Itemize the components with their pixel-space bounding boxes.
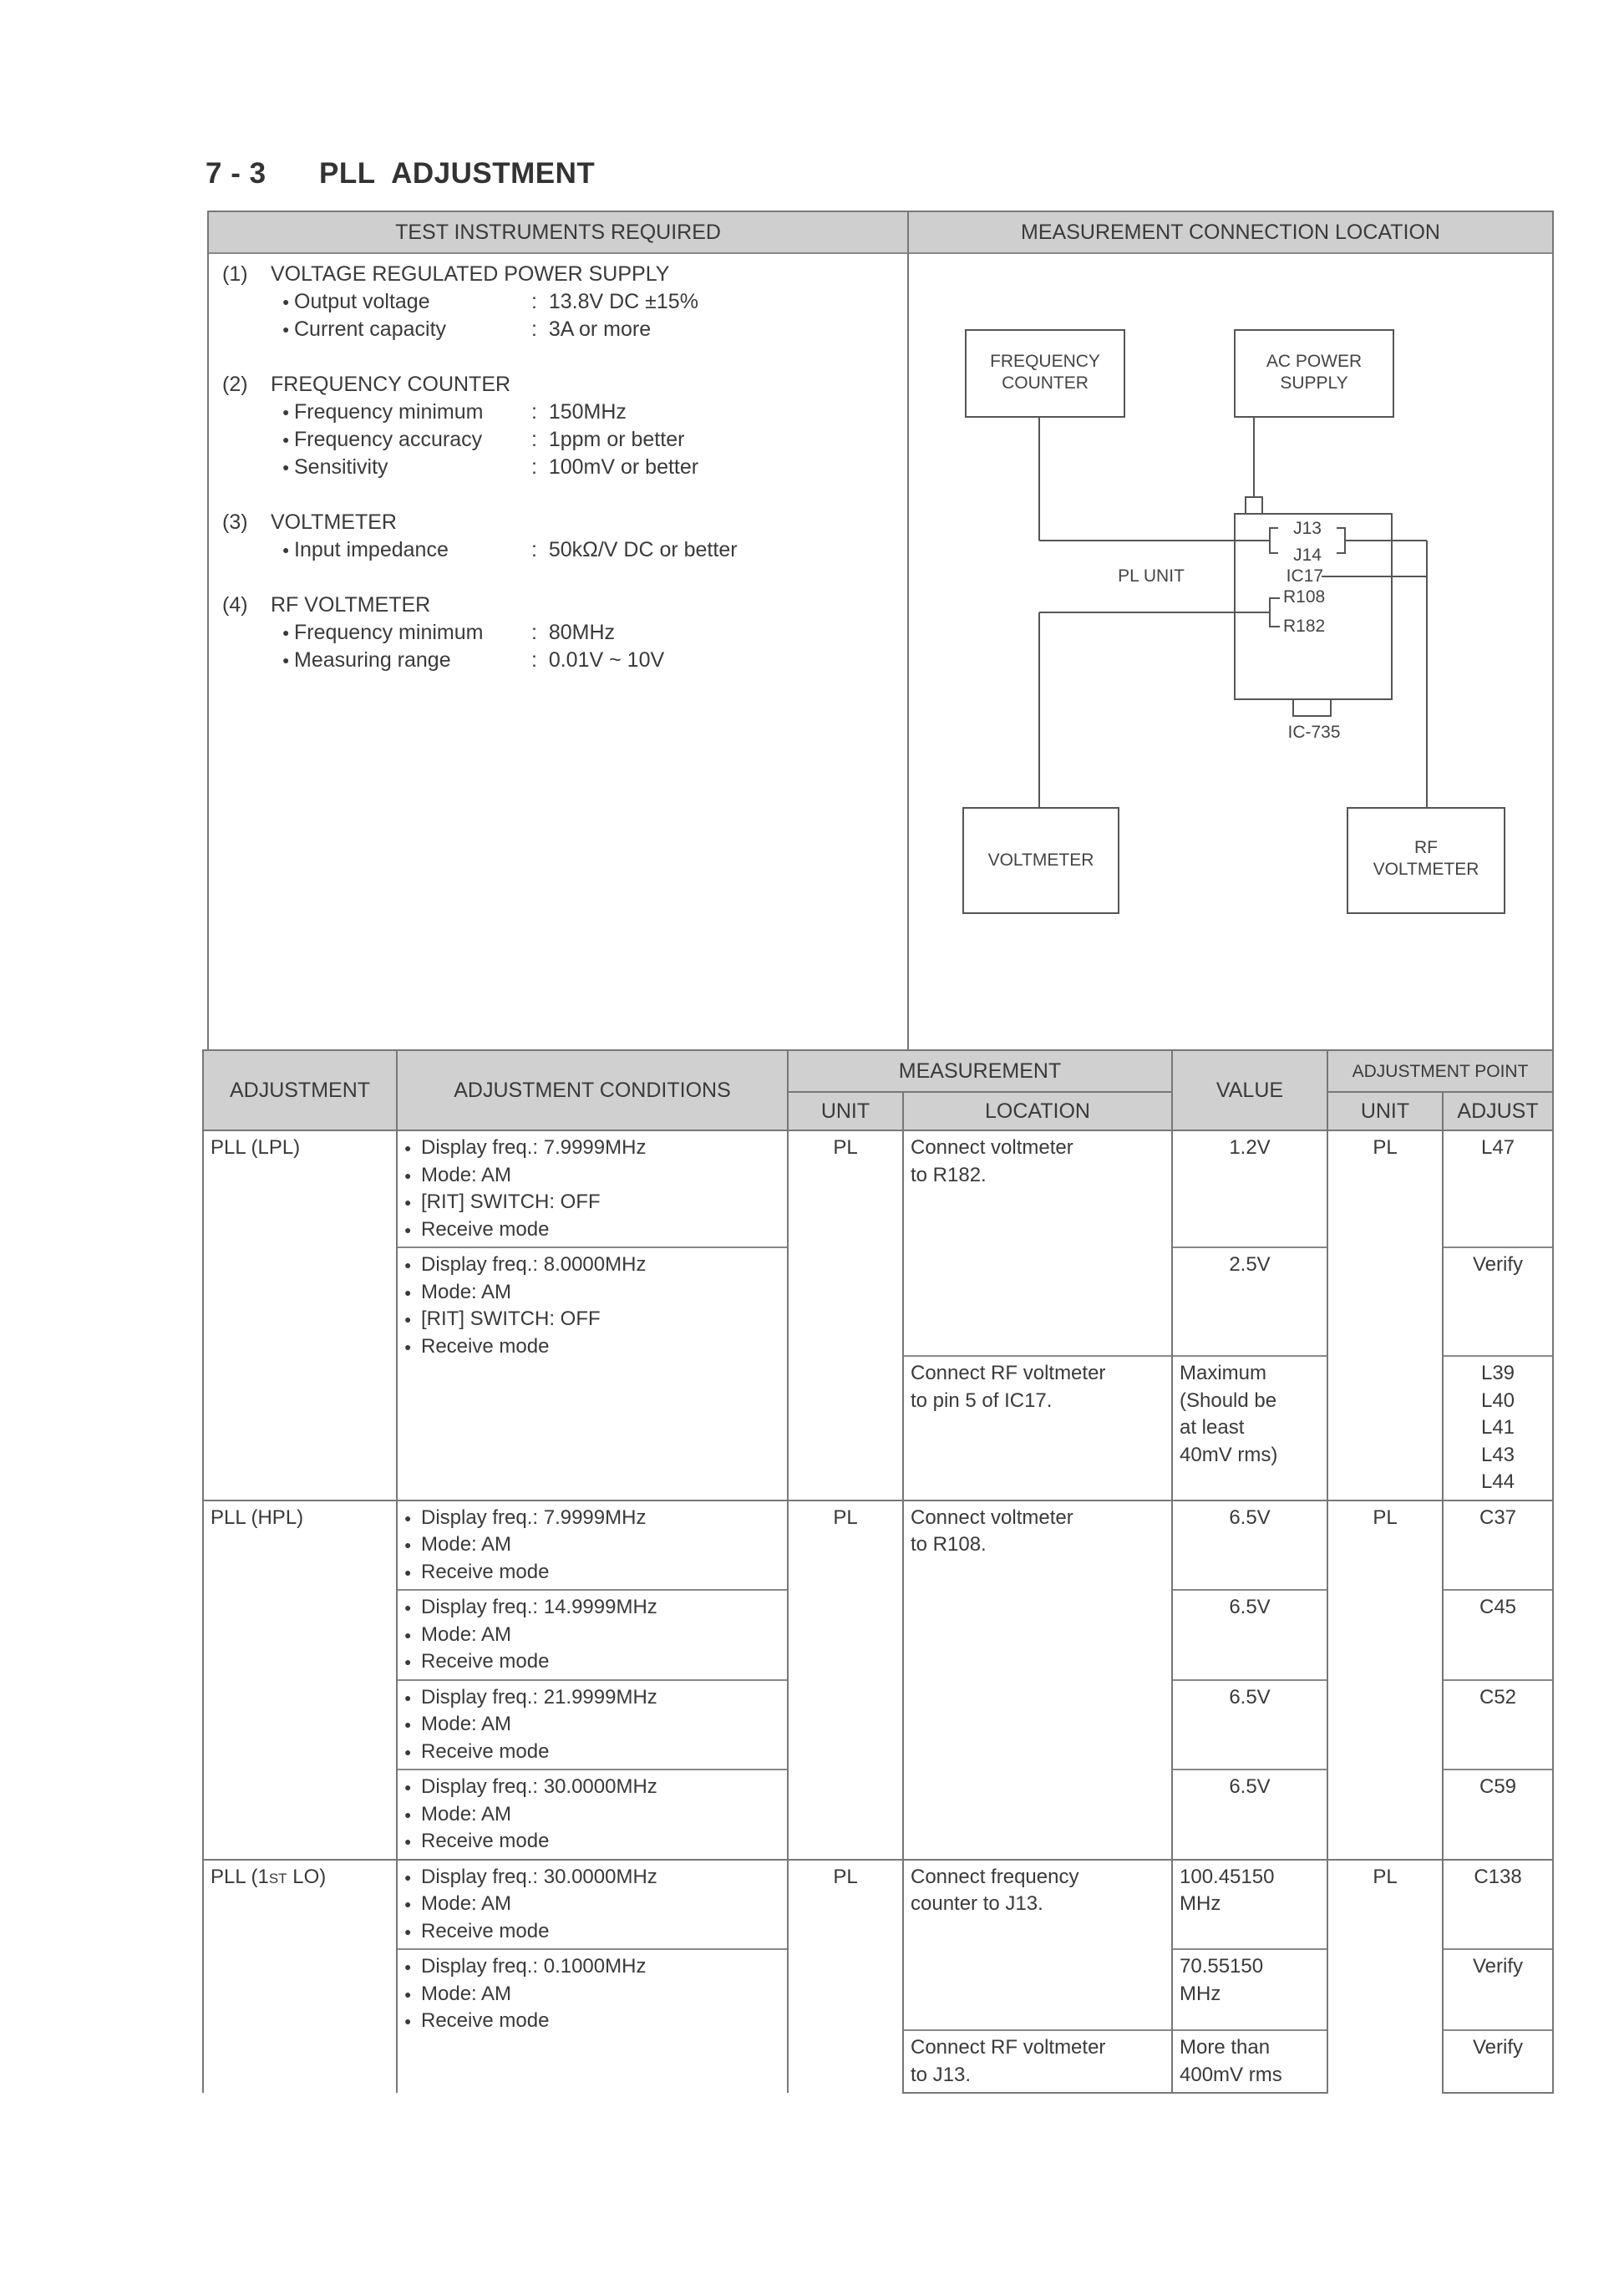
measurement-location: Connect voltmeter to R182. — [903, 1130, 1172, 1356]
instrument-number: (4) — [222, 592, 271, 619]
bullet-icon: ● — [404, 1774, 421, 1801]
bullet-icon: ● — [404, 1162, 421, 1190]
bullet-icon: ● — [404, 1252, 421, 1279]
condition-line: ●Mode: AM — [404, 1981, 780, 2008]
j14-label: J14 — [1287, 545, 1328, 566]
adjustment-point-adjust: C59 — [1443, 1770, 1553, 1860]
bullet-icon: ● — [404, 1953, 421, 1981]
instrument-group: (1)VOLTAGE REGULATED POWER SUPPLY●Output… — [222, 261, 738, 343]
instrument-spec: ●Frequency minimum: 150MHz — [222, 399, 738, 426]
condition-line: ●Mode: AM — [404, 1279, 780, 1307]
bullet-icon: ● — [404, 1622, 421, 1649]
measurement-value: 6.5V — [1172, 1590, 1327, 1680]
adjustment-conditions: ●Display freq.: 7.9999MHz●Mode: AM●[RIT]… — [397, 1130, 788, 1247]
bullet-icon: ● — [404, 2008, 421, 2035]
condition-text: Display freq.: 30.0000MHz — [421, 1864, 657, 1891]
adjustment-point-unit: PL — [1327, 1500, 1443, 1860]
measurement-location: Connect voltmeter to R108. — [903, 1500, 1172, 1860]
condition-text: Display freq.: 8.0000MHz — [421, 1252, 646, 1279]
adjustment-conditions: ●Display freq.: 8.0000MHz●Mode: AM●[RIT]… — [397, 1247, 788, 1500]
measurement-unit: PL — [788, 1860, 903, 2094]
adjustment-conditions: ●Display freq.: 14.9999MHz●Mode: AM●Rece… — [397, 1590, 788, 1680]
adjustment-point-adjust: C52 — [1443, 1680, 1553, 1770]
adjustment-point-adjust: Verify — [1443, 1949, 1553, 2030]
condition-line: ●[RIT] SWITCH: OFF — [404, 1189, 780, 1216]
condition-line: ●Display freq.: 7.9999MHz — [404, 1135, 780, 1162]
instrument-group: (2)FREQUENCY COUNTER●Frequency minimum: … — [222, 371, 738, 481]
condition-text: Receive mode — [421, 1648, 549, 1676]
header-measurement: MEASUREMENT — [788, 1050, 1172, 1092]
measurement-value: More than 400mV rms — [1172, 2030, 1327, 2093]
condition-text: Receive mode — [421, 1333, 549, 1361]
condition-text: Display freq.: 7.9999MHz — [421, 1505, 646, 1532]
condition-line: ●Mode: AM — [404, 1891, 780, 1918]
adjustment-point-adjust: C37 — [1443, 1500, 1553, 1591]
measurement-unit: PL — [788, 1500, 903, 1860]
instrument-spec: ●Input impedance: 50kΩ/V DC or better — [222, 536, 738, 564]
condition-line: ●Display freq.: 21.9999MHz — [404, 1684, 780, 1712]
adjustment-conditions: ●Display freq.: 30.0000MHz●Mode: AM●Rece… — [397, 1770, 788, 1860]
section-heading: 7 - 3PLL ADJUSTMENT — [206, 157, 595, 190]
r182-label: R182 — [1283, 616, 1333, 637]
bullet-icon: ● — [404, 1333, 421, 1361]
frequency-counter-label: FREQUENCY COUNTER — [966, 351, 1124, 394]
adjustment-conditions: ●Display freq.: 30.0000MHz●Mode: AM●Rece… — [397, 1860, 788, 1950]
spec-value: : 150MHz — [531, 399, 627, 426]
bullet-icon: ● — [282, 399, 294, 426]
condition-text: Display freq.: 7.9999MHz — [421, 1135, 646, 1162]
instrument-number: (1) — [222, 261, 271, 288]
adjustment-table: ADJUSTMENT ADJUSTMENT CONDITIONS MEASURE… — [202, 1049, 1554, 2094]
spec-value: : 13.8V DC ±15% — [531, 288, 698, 316]
adjustment-name: PLL (HPL) — [203, 1500, 397, 1860]
bullet-icon: ● — [404, 1711, 421, 1739]
bullet-icon: ● — [404, 1559, 421, 1587]
bullet-icon: ● — [404, 1684, 421, 1712]
instrument-spec: ●Measuring range: 0.01V ~ 10V — [222, 647, 738, 674]
connection-header: MEASUREMENT CONNECTION LOCATION — [909, 212, 1552, 254]
bullet-icon: ● — [404, 1505, 421, 1532]
bullet-icon: ● — [404, 1279, 421, 1307]
bullet-icon: ● — [282, 288, 294, 316]
measurement-value: 1.2V — [1172, 1130, 1327, 1247]
bullet-icon: ● — [282, 316, 294, 343]
bullet-icon: ● — [404, 1306, 421, 1333]
condition-line: ●Mode: AM — [404, 1801, 780, 1829]
measurement-location: Connect RF voltmeter to J13. — [903, 2030, 1172, 2093]
ic17-label: IC17 — [1273, 566, 1323, 587]
bullet-icon: ● — [282, 454, 294, 481]
condition-line: ●Display freq.: 0.1000MHz — [404, 1953, 780, 1981]
r108-label: R108 — [1283, 586, 1333, 608]
instrument-title: (3)VOLTMETER — [222, 509, 738, 536]
condition-line: ●Mode: AM — [404, 1531, 780, 1559]
bullet-icon: ● — [404, 1801, 421, 1829]
instrument-group: (3)VOLTMETER●Input impedance: 50kΩ/V DC … — [222, 509, 738, 564]
measurement-unit: PL — [788, 1130, 903, 1500]
condition-line: ●Display freq.: 14.9999MHz — [404, 1594, 780, 1622]
ac-power-supply-label: AC POWER SUPPLY — [1235, 351, 1393, 394]
adjustment-name: PLL (LPL) — [203, 1130, 397, 1500]
adjustment-point-unit: PL — [1327, 1130, 1443, 1500]
spec-value: : 1ppm or better — [531, 426, 684, 454]
measurement-location: Connect frequency counter to J13. — [903, 1860, 1172, 2031]
instrument-title: (4)RF VOLTMETER — [222, 592, 738, 619]
condition-text: Display freq.: 14.9999MHz — [421, 1594, 657, 1622]
bullet-icon: ● — [404, 1135, 421, 1162]
spec-label: Output voltage — [294, 288, 531, 316]
spec-value: : 80MHz — [531, 619, 615, 647]
condition-text: Receive mode — [421, 1216, 549, 1244]
table-row: PLL (LPL)●Display freq.: 7.9999MHz●Mode:… — [203, 1130, 1553, 1247]
measurement-value: 6.5V — [1172, 1680, 1327, 1770]
condition-text: Receive mode — [421, 1828, 549, 1856]
condition-text: Mode: AM — [421, 1711, 511, 1739]
condition-text: Display freq.: 30.0000MHz — [421, 1774, 657, 1801]
bullet-icon: ● — [404, 1216, 421, 1244]
adjustment-conditions: ●Display freq.: 7.9999MHz●Mode: AM●Recei… — [397, 1500, 788, 1591]
bullet-icon: ● — [404, 1531, 421, 1559]
header-adjustment: ADJUSTMENT — [203, 1050, 397, 1130]
condition-line: ●Receive mode — [404, 1216, 780, 1244]
rf-voltmeter-label: RF VOLTMETER — [1347, 837, 1505, 881]
section-number: 7 - 3 — [206, 157, 319, 190]
header-conditions: ADJUSTMENT CONDITIONS — [397, 1050, 788, 1130]
header-ap-adjust: ADJUST — [1443, 1092, 1553, 1130]
bullet-icon: ● — [282, 536, 294, 564]
bullet-icon: ● — [404, 1981, 421, 2008]
condition-text: Receive mode — [421, 1918, 549, 1946]
header-value: VALUE — [1172, 1050, 1327, 1130]
spec-label: Frequency accuracy — [294, 426, 531, 454]
condition-text: Display freq.: 0.1000MHz — [421, 1953, 646, 1981]
spec-label: Frequency minimum — [294, 619, 531, 647]
adjustment-name: PLL (1ST LO) — [203, 1860, 397, 2094]
condition-text: Mode: AM — [421, 1531, 511, 1559]
condition-text: Mode: AM — [421, 1279, 511, 1307]
section-title: PLL ADJUSTMENT — [319, 157, 595, 190]
condition-line: ●Receive mode — [404, 2008, 780, 2035]
measurement-value: 2.5V — [1172, 1247, 1327, 1356]
condition-line: ●Mode: AM — [404, 1622, 780, 1649]
instrument-name: RF VOLTMETER — [271, 592, 430, 619]
instrument-number: (2) — [222, 371, 271, 399]
measurement-value: 100.45150 MHz — [1172, 1860, 1327, 1950]
condition-line: ●Display freq.: 8.0000MHz — [404, 1252, 780, 1279]
condition-line: ●Mode: AM — [404, 1162, 780, 1190]
instrument-name: FREQUENCY COUNTER — [271, 371, 510, 399]
condition-line: ●Receive mode — [404, 1739, 780, 1766]
adjustment-conditions: ●Display freq.: 21.9999MHz●Mode: AM●Rece… — [397, 1680, 788, 1770]
spec-value: : 50kΩ/V DC or better — [531, 536, 738, 564]
header-adjustment-point: ADJUSTMENT POINT — [1327, 1050, 1553, 1092]
condition-text: [RIT] SWITCH: OFF — [421, 1189, 601, 1216]
instrument-title: (2)FREQUENCY COUNTER — [222, 371, 738, 399]
instrument-name: VOLTMETER — [271, 509, 397, 536]
condition-text: Receive mode — [421, 2008, 549, 2035]
bullet-icon: ● — [404, 1918, 421, 1946]
bullet-icon: ● — [404, 1891, 421, 1918]
measurement-value: 70.55150 MHz — [1172, 1949, 1327, 2030]
bullet-icon: ● — [282, 647, 294, 674]
measurement-value: 6.5V — [1172, 1770, 1327, 1860]
condition-line: ●Receive mode — [404, 1828, 780, 1856]
instrument-group: (4)RF VOLTMETER●Frequency minimum: 80MHz… — [222, 592, 738, 674]
instrument-spec: ●Current capacity: 3A or more — [222, 316, 738, 343]
ordinal-suffix: ST — [269, 1871, 287, 1886]
instruments-list: (1)VOLTAGE REGULATED POWER SUPPLY●Output… — [222, 261, 738, 702]
bullet-icon: ● — [282, 426, 294, 454]
spec-value: : 100mV or better — [531, 454, 698, 481]
condition-line: ●Display freq.: 30.0000MHz — [404, 1774, 780, 1801]
adjustment-conditions: ●Display freq.: 0.1000MHz●Mode: AM●Recei… — [397, 1949, 788, 2093]
condition-text: [RIT] SWITCH: OFF — [421, 1306, 601, 1333]
instrument-name: VOLTAGE REGULATED POWER SUPPLY — [271, 261, 669, 288]
condition-text: Mode: AM — [421, 1981, 511, 2008]
measurement-location: Connect RF voltmeter to pin 5 of IC17. — [903, 1356, 1172, 1500]
voltmeter-label: VOLTMETER — [963, 850, 1119, 871]
spec-label: Frequency minimum — [294, 399, 531, 426]
adjustment-point-adjust: C138 — [1443, 1860, 1553, 1950]
adjustment-point-adjust: L39 L40 L41 L43 L44 — [1443, 1356, 1553, 1500]
condition-line: ●[RIT] SWITCH: OFF — [404, 1306, 780, 1333]
adjustment-table-wrap: ADJUSTMENT ADJUSTMENT CONDITIONS MEASURE… — [202, 1049, 1552, 2094]
spec-label: Current capacity — [294, 316, 531, 343]
spec-value: : 3A or more — [531, 316, 651, 343]
spec-label: Sensitivity — [294, 454, 531, 481]
bullet-icon: ● — [404, 1828, 421, 1856]
condition-text: Mode: AM — [421, 1622, 511, 1649]
bullet-icon: ● — [404, 1594, 421, 1622]
condition-line: ●Mode: AM — [404, 1711, 780, 1739]
condition-line: ●Display freq.: 7.9999MHz — [404, 1505, 780, 1532]
condition-line: ●Display freq.: 30.0000MHz — [404, 1864, 780, 1891]
j13-label: J13 — [1287, 518, 1328, 540]
condition-text: Display freq.: 21.9999MHz — [421, 1684, 657, 1712]
pl-unit-label: PL UNIT — [1101, 566, 1201, 587]
measurement-value: Maximum (Should be at least 40mV rms) — [1172, 1356, 1327, 1500]
spec-label: Measuring range — [294, 647, 531, 674]
instrument-spec: ●Frequency accuracy: 1ppm or better — [222, 426, 738, 454]
adjustment-point-unit: PL — [1327, 1860, 1443, 2094]
header-location: LOCATION — [903, 1092, 1172, 1130]
condition-text: Receive mode — [421, 1739, 549, 1766]
header-ap-unit: UNIT — [1327, 1092, 1443, 1130]
connection-diagram: FREQUENCY COUNTER AC POWER SUPPLY J13 J1… — [909, 252, 1552, 1046]
table-row: PLL (1ST LO)●Display freq.: 30.0000MHz●M… — [203, 1860, 1553, 1950]
instrument-spec: ●Output voltage: 13.8V DC ±15% — [222, 288, 738, 316]
bullet-icon: ● — [404, 1739, 421, 1766]
condition-text: Mode: AM — [421, 1891, 511, 1918]
instrument-spec: ●Frequency minimum: 80MHz — [222, 619, 738, 647]
adjustment-point-adjust: Verify — [1443, 1247, 1553, 1356]
condition-line: ●Receive mode — [404, 1918, 780, 1946]
condition-line: ●Receive mode — [404, 1648, 780, 1676]
bullet-icon: ● — [282, 619, 294, 647]
condition-text: Mode: AM — [421, 1162, 511, 1190]
bullet-icon: ● — [404, 1189, 421, 1216]
adjustment-point-adjust: Verify — [1443, 2030, 1553, 2093]
condition-text: Mode: AM — [421, 1801, 511, 1829]
spec-value: : 0.01V ~ 10V — [531, 647, 664, 674]
instrument-number: (3) — [222, 509, 271, 536]
radio-model-label: IC-735 — [1276, 722, 1352, 744]
condition-line: ●Receive mode — [404, 1333, 780, 1361]
bullet-icon: ● — [404, 1648, 421, 1676]
bullet-icon: ● — [404, 1864, 421, 1891]
instrument-title: (1)VOLTAGE REGULATED POWER SUPPLY — [222, 261, 738, 288]
adjustment-point-adjust: C45 — [1443, 1590, 1553, 1680]
condition-text: Receive mode — [421, 1559, 549, 1587]
measurement-value: 6.5V — [1172, 1500, 1327, 1591]
table-row: PLL (HPL)●Display freq.: 7.9999MHz●Mode:… — [203, 1500, 1553, 1591]
condition-line: ●Receive mode — [404, 1559, 780, 1587]
spec-label: Input impedance — [294, 536, 531, 564]
adjustment-point-adjust: L47 — [1443, 1130, 1553, 1247]
instruments-header: TEST INSTRUMENTS REQUIRED — [209, 212, 909, 254]
header-unit: UNIT — [788, 1092, 903, 1130]
instrument-spec: ●Sensitivity: 100mV or better — [222, 454, 738, 481]
